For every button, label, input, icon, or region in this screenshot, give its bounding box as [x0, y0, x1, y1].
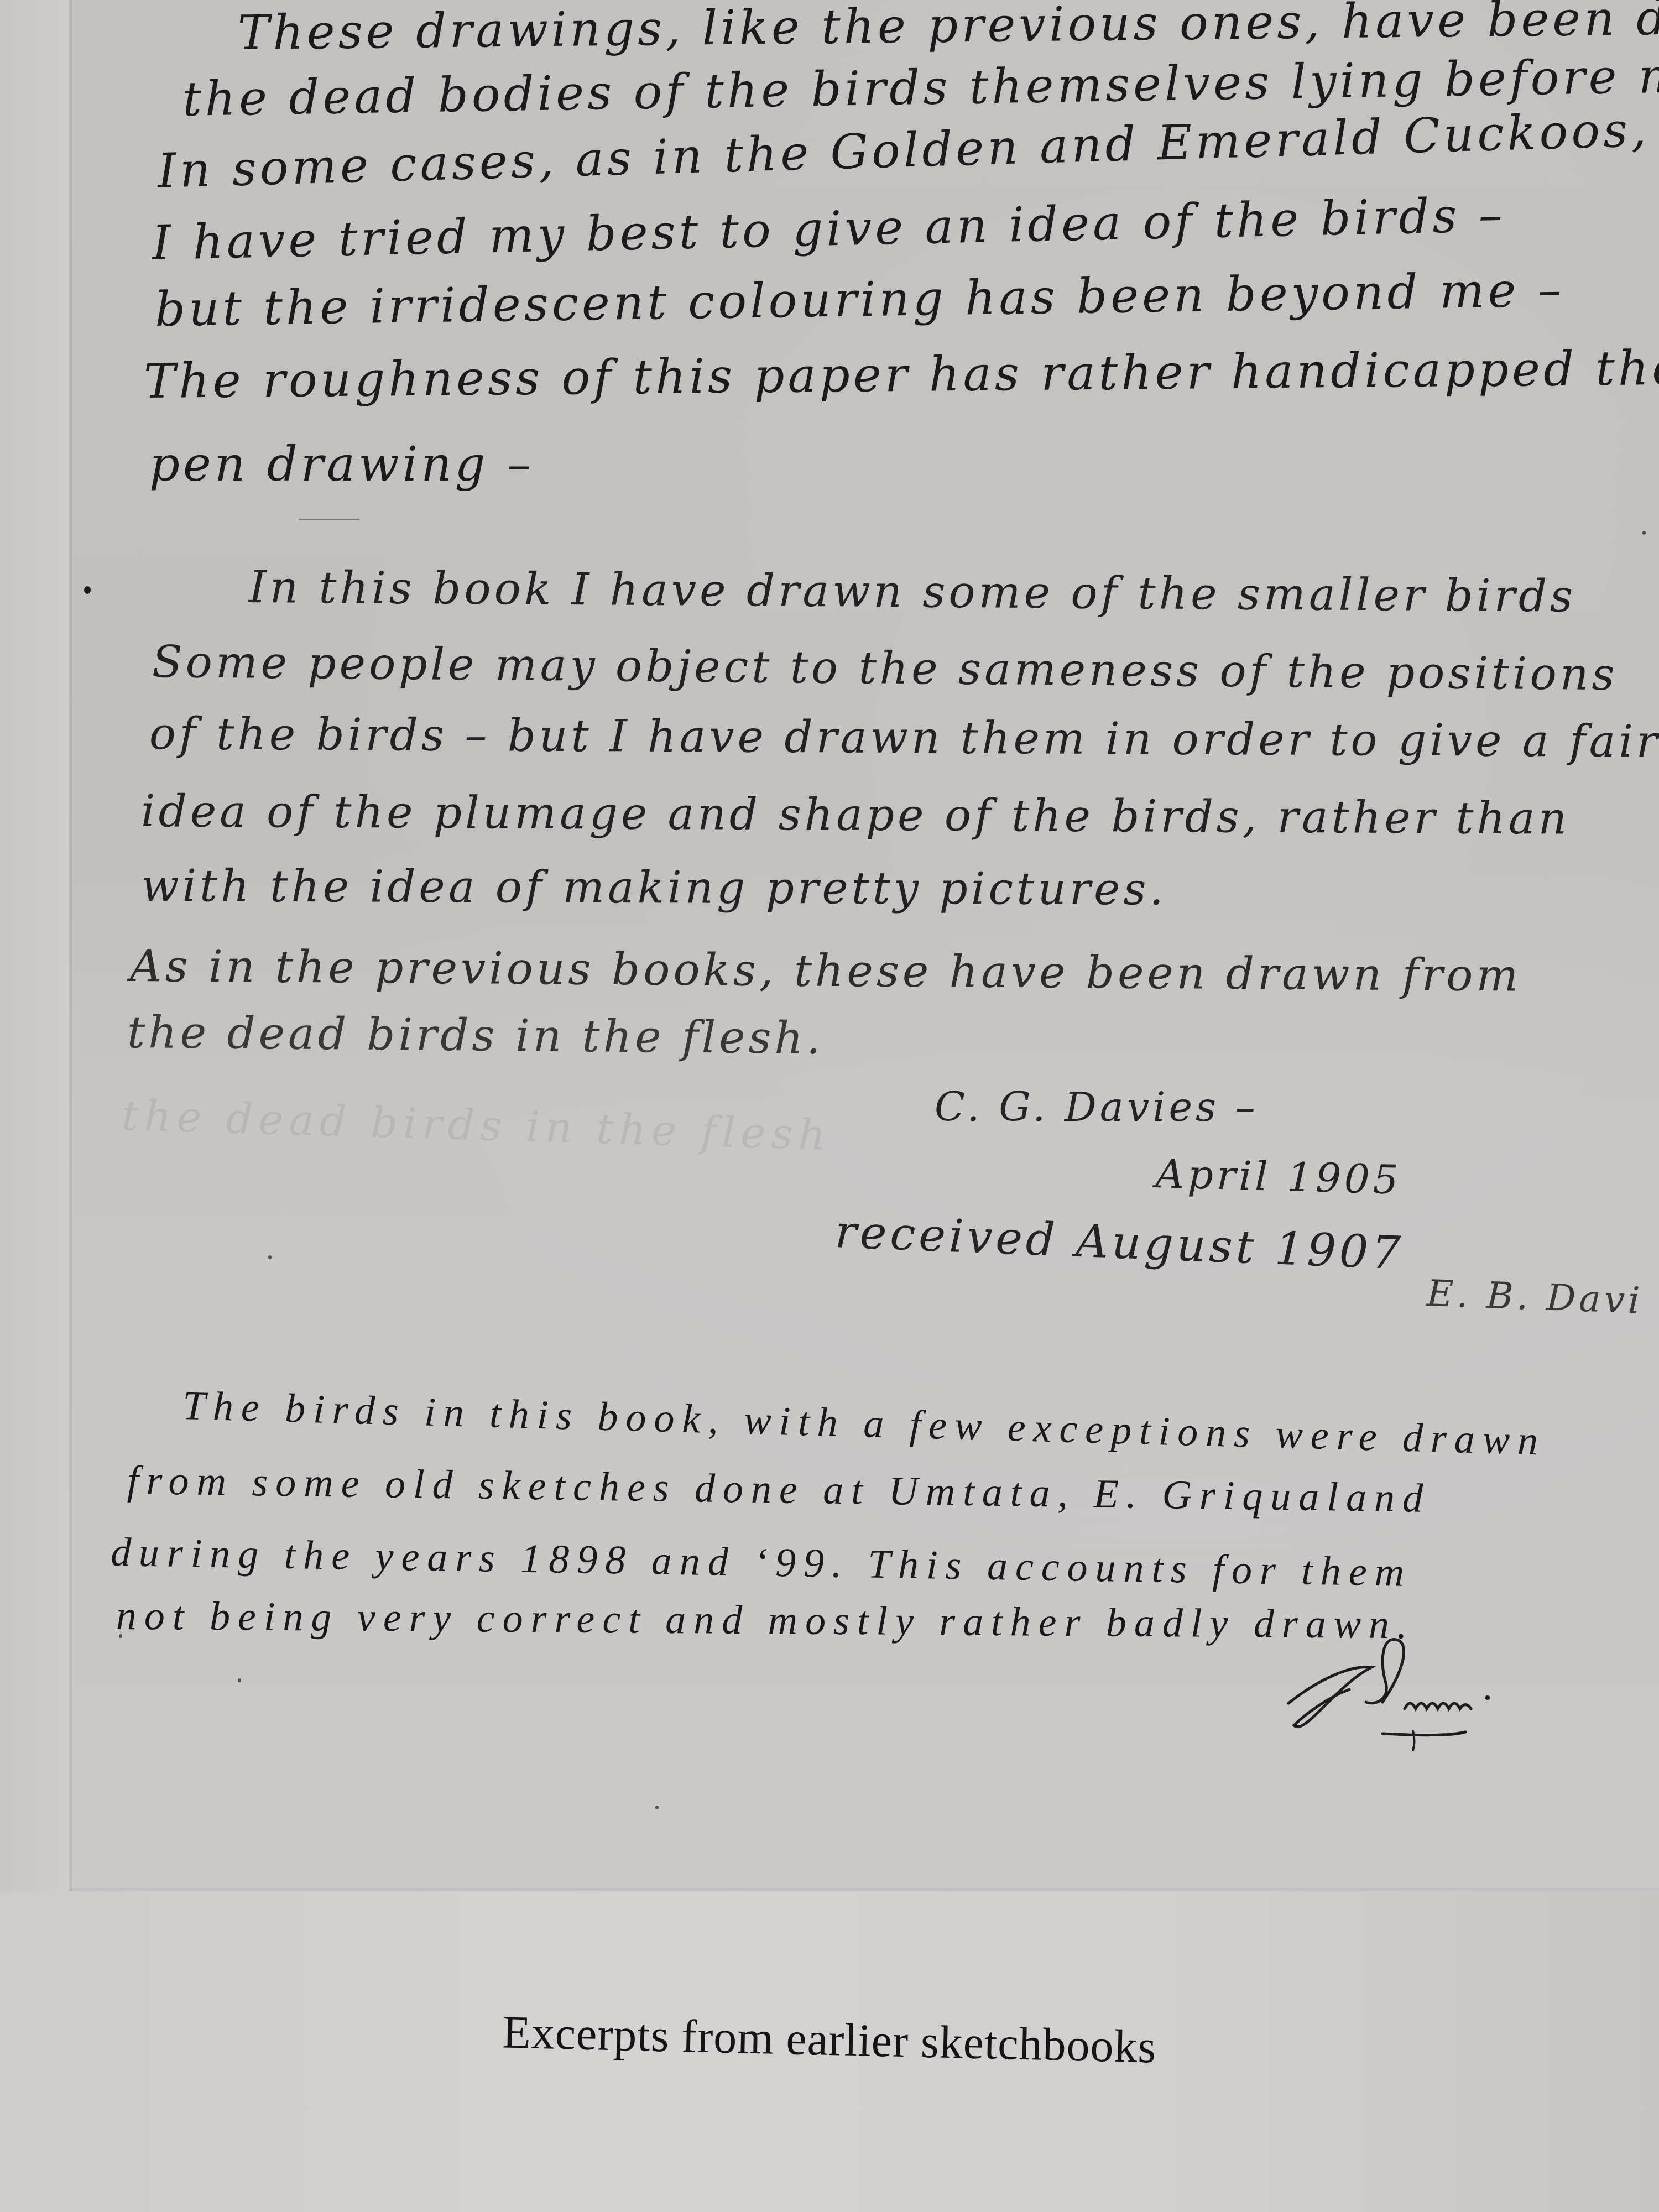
handwritten-line: As in the previous books, these have bee… — [130, 940, 1522, 1001]
signature-scrawl-icon — [1272, 1637, 1582, 1759]
page-left-margin — [0, 0, 69, 1891]
handwritten-line: In this book I have drawn some of the sm… — [249, 561, 1577, 622]
ink-speck — [655, 1806, 659, 1809]
handwritten-line: pen drawing – — [149, 437, 534, 492]
ink-speck — [268, 1255, 272, 1259]
ink-speck — [238, 1678, 241, 1682]
author-signature: C. G. Davies – — [935, 1084, 1259, 1130]
ink-speck — [1642, 531, 1646, 535]
handwritten-line: not being very correct and mostly rather… — [116, 1593, 1415, 1648]
signature-date: April 1905 — [1155, 1150, 1402, 1203]
recipient-initials: E. B. Davi — [1426, 1272, 1644, 1322]
margin-dot — [84, 586, 91, 594]
handwritten-line: idea of the plumage and shape of the bir… — [141, 785, 1571, 844]
handwritten-line: the dead birds in the flesh. — [127, 1006, 824, 1064]
handwritten-line: with the idea of making pretty pictures. — [141, 860, 1167, 915]
handwritten-line: of the birds – but I have drawn them in … — [149, 708, 1659, 767]
divider-mark — [299, 519, 359, 520]
ink-speck — [119, 1634, 122, 1638]
